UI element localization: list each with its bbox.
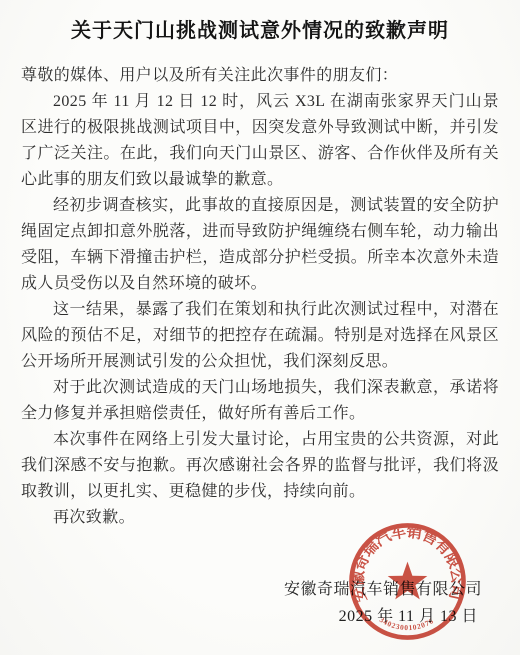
paragraph-2: 经初步调查核实，此事故的直接原因是，测试装置的安全防护绳固定点卸扣意外脱落，进而… (21, 193, 499, 297)
seal-number: 3402300102076 (378, 615, 435, 632)
paragraph-4: 对于此次测试造成的天门山场地损失，我们深表歉意，承诺将全力修复并承担赔偿责任，做… (21, 375, 499, 427)
seal-star-icon (388, 562, 428, 600)
apology-document: 关于天门山挑战测试意外情况的致歉声明 尊敬的媒体、用户以及所有关注此次事件的朋友… (0, 0, 520, 655)
paragraph-3: 这一结果，暴露了我们在策划和执行此次测试过程中，对潜在风险的预估不足，对细节的把… (21, 297, 499, 375)
document-body: 尊敬的媒体、用户以及所有关注此次事件的朋友们： 2025 年 11 月 12 日… (0, 43, 520, 531)
document-title: 关于天门山挑战测试意外情况的致歉声明 (0, 0, 520, 43)
company-seal-stamp: 安徽奇瑞汽车销售有限公司 3402300102076 (346, 520, 469, 643)
paragraph-1: 2025 年 11 月 12 日 12 时，风云 X3L 在湖南张家界天门山景区… (21, 89, 499, 193)
salutation-line: 尊敬的媒体、用户以及所有关注此次事件的朋友们： (21, 63, 499, 89)
paragraph-5: 本次事件在网络上引发大量讨论，占用宝贵的公共资源，对此我们深感不安与抱歉。再次感… (21, 427, 499, 505)
